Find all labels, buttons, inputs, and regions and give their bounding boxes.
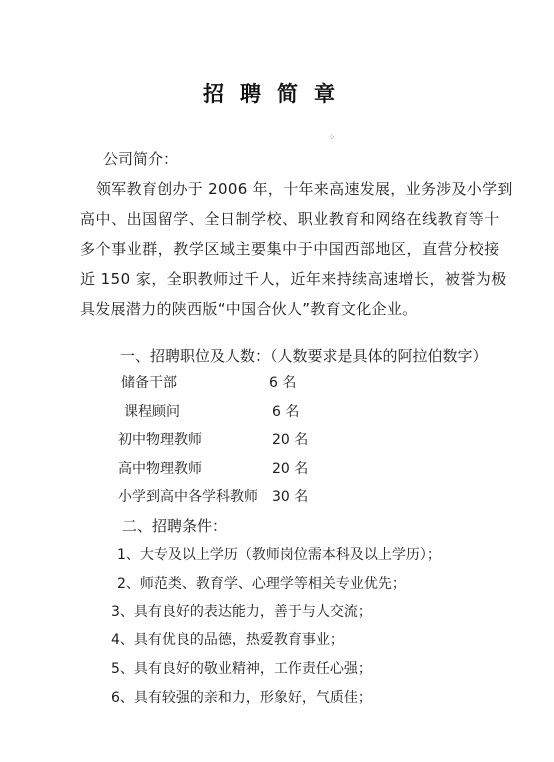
position-count: 30 名 bbox=[272, 488, 308, 506]
position-count: 6 名 bbox=[272, 403, 299, 421]
scan-artifact: ⁘ bbox=[328, 133, 336, 143]
intro-line: 领军教育创办于 2006 年，十年来高速发展，业务涉及小学到 bbox=[96, 180, 513, 198]
position-count: 20 名 bbox=[272, 460, 308, 478]
position-name: 初中物理教师 bbox=[118, 431, 202, 449]
position-name: 储备干部 bbox=[121, 374, 177, 392]
requirement-item: 4、具有优良的品德，热爱教育事业； bbox=[111, 631, 344, 649]
section-heading-requirements: 二、招聘条件： bbox=[122, 517, 227, 535]
position-name: 课程顾问 bbox=[124, 403, 180, 421]
position-count: 6 名 bbox=[269, 374, 296, 392]
requirement-item: 5、具有良好的敬业精神，工作责任心强； bbox=[111, 660, 372, 678]
intro-line: 近 150 家，全职教师过千人，近年来持续高速增长，被誉为极 bbox=[80, 270, 507, 288]
intro-line: 具发展潜力的陕西版“中国合伙人”教育文化企业。 bbox=[80, 300, 417, 318]
intro-heading: 公司简介： bbox=[103, 150, 178, 168]
requirement-item: 2、师范类、教育学、心理学等相关专业优先； bbox=[117, 575, 406, 593]
section-heading-positions: 一、招聘职位及人数：（人数要求是具体的阿拉伯数字） bbox=[120, 347, 488, 365]
position-count: 20 名 bbox=[272, 431, 308, 449]
requirement-item: 3、具有良好的表达能力，善于与人交流； bbox=[111, 603, 372, 621]
requirement-item: 1、大专及以上学历（教师岗位需本科及以上学历）； bbox=[117, 546, 441, 564]
intro-line: 多个事业群，教学区域主要集中于中国西部地区，直营分校接 bbox=[80, 240, 500, 258]
scanned-document-page: 招聘简章 ⁘ 公司简介： 领军教育创办于 2006 年，十年来高速发展，业务涉及… bbox=[0, 0, 554, 762]
position-name: 高中物理教师 bbox=[118, 460, 202, 478]
position-name: 小学到高中各学科教师 bbox=[118, 488, 258, 506]
requirement-item: 6、具有较强的亲和力，形象好，气质佳； bbox=[111, 689, 372, 707]
document-title: 招聘简章 bbox=[0, 78, 554, 108]
intro-line: 高中、出国留学、全日制学校、职业教育和网络在线教育等十 bbox=[80, 210, 500, 228]
